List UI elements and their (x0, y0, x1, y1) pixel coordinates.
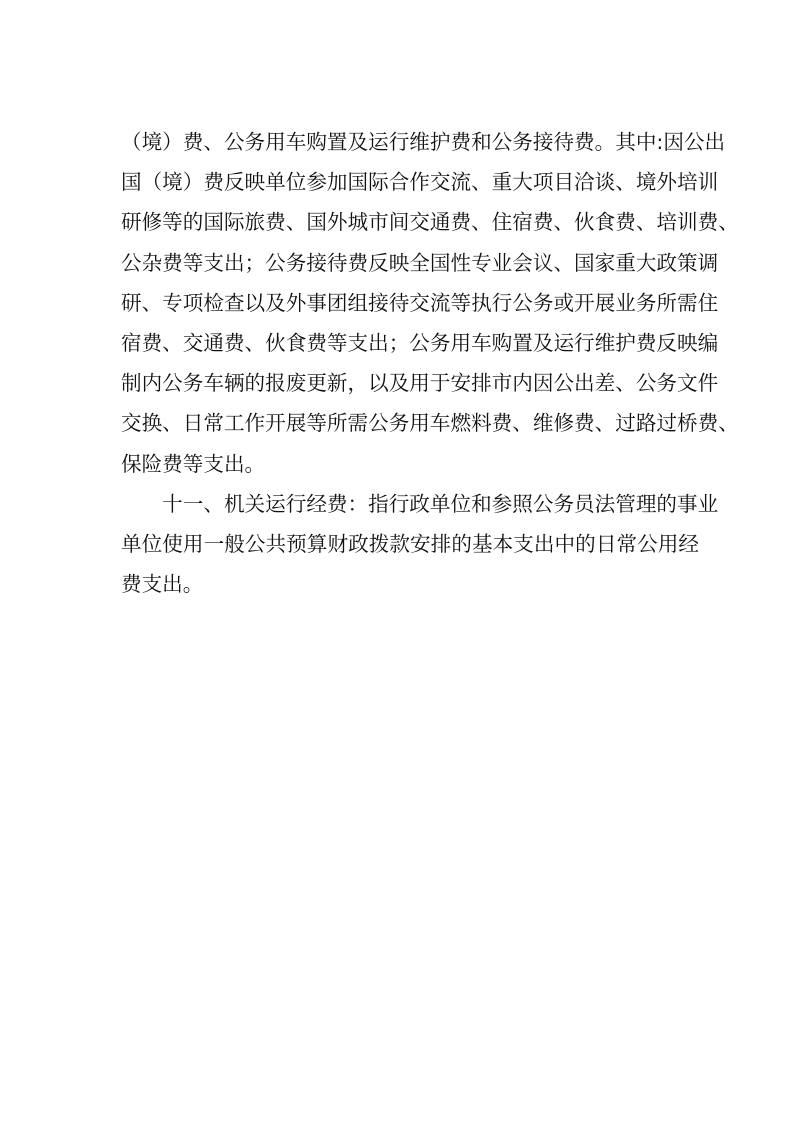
text-line: 公杂费等支出；公务接待费反映全国性专业会议、国家重大政策调 (121, 243, 699, 283)
paragraph-section-11-operating-expenses: 十一、机关运行经费：指行政单位和参照公务员法管理的事业 单位使用一般公共预算财政… (121, 484, 699, 605)
text-line: 交换、日常工作开展等所需公务用车燃料费、维修费、过路过桥费、 (121, 403, 699, 443)
text-line: （境）费、公务用车购置及运行维护费和公务接待费。其中:因公出 (121, 122, 699, 162)
text-line: 宿费、交通费、伙食费等支出；公务用车购置及运行维护费反映编 (121, 323, 699, 363)
section-heading-line: 十一、机关运行经费：指行政单位和参照公务员法管理的事业 (121, 484, 699, 524)
text-line: 研修等的国际旅费、国外城市间交通费、住宿费、伙食费、培训费、 (121, 202, 699, 242)
document-page: （境）费、公务用车购置及运行维护费和公务接待费。其中:因公出 国（境）费反映单位… (121, 122, 699, 604)
text-line: 国（境）费反映单位参加国际合作交流、重大项目洽谈、境外培训 (121, 162, 699, 202)
paragraph-official-expenses: （境）费、公务用车购置及运行维护费和公务接待费。其中:因公出 国（境）费反映单位… (121, 122, 699, 484)
text-line: 保险费等支出。 (121, 444, 699, 484)
text-line: 费支出。 (121, 564, 699, 604)
text-line: 研、专项检查以及外事团组接待交流等执行公务或开展业务所需住 (121, 283, 699, 323)
text-line: 制内公务车辆的报废更新，以及用于安排市内因公出差、公务文件 (121, 363, 699, 403)
text-line: 单位使用一般公共预算财政拨款安排的基本支出中的日常公用经 (121, 524, 699, 564)
